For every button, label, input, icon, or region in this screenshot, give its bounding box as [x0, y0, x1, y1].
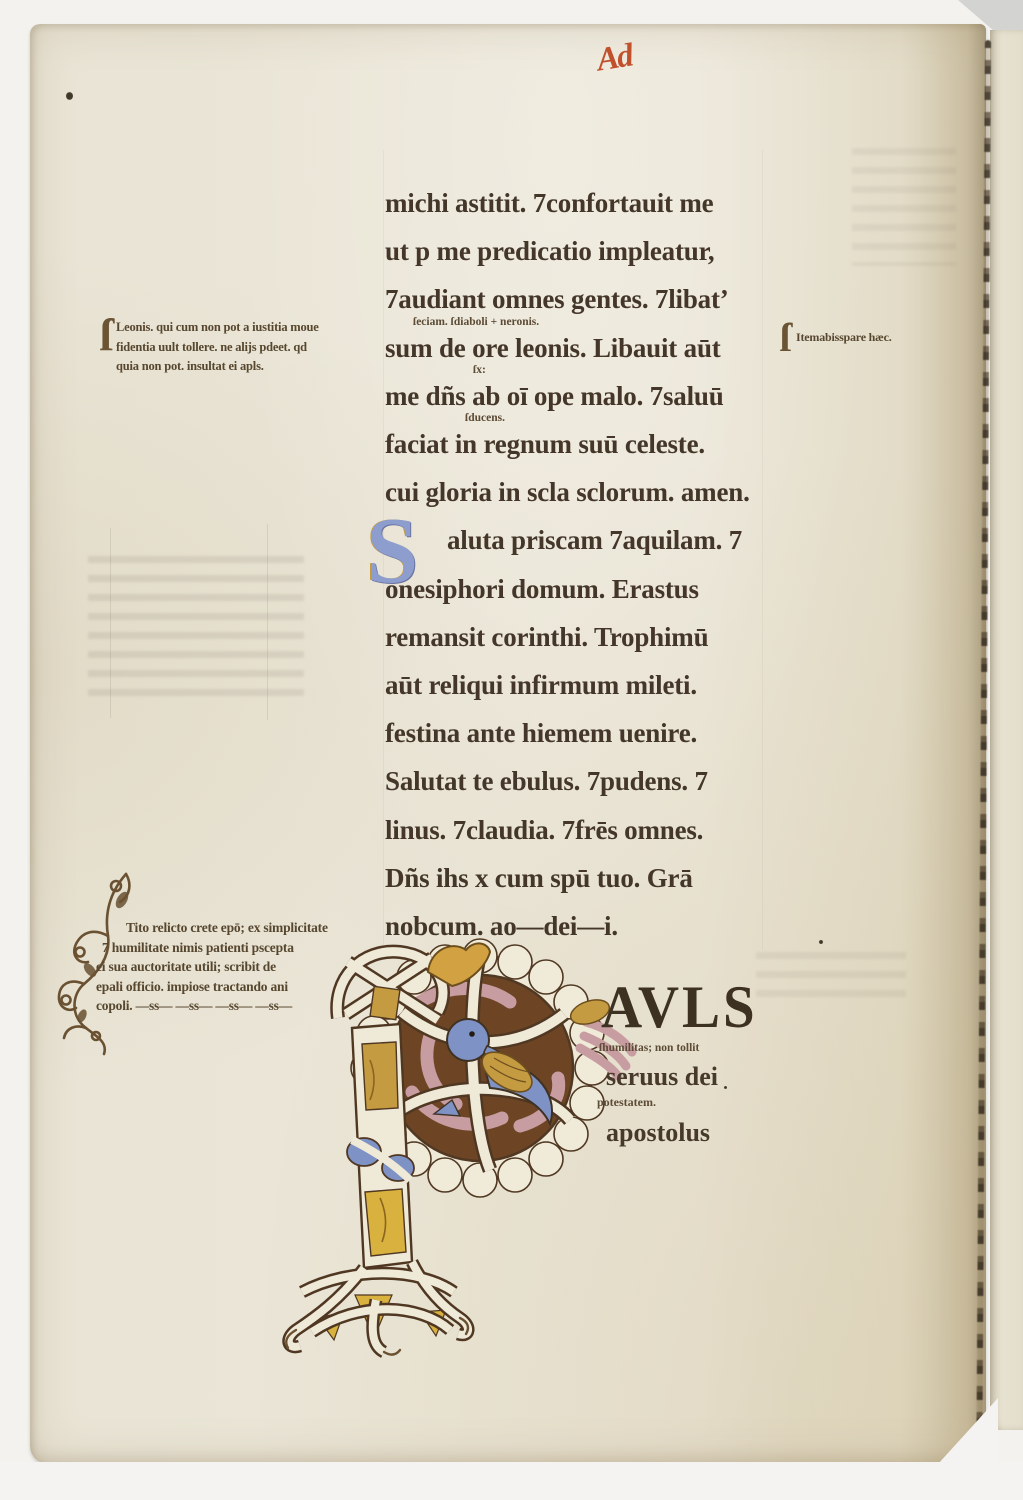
manuscript-text-line: sum de ore leonis. Libauit aūt [385, 333, 721, 364]
manuscript-text-line: linus. 7claudia. 7frēs omnes. [385, 815, 703, 846]
incipit-display-word: AVLS [601, 973, 758, 1042]
margin-note-line: Leonis. qui cum non pot a iustitia moue [116, 320, 319, 335]
interlinear-gloss: ſeciam. ſdiaboli + neronis. [413, 316, 539, 328]
show-through-text [756, 952, 906, 998]
interlinear-gloss: potestatem. [597, 1095, 656, 1110]
interlinear-gloss: ſhumilitas; non tollit [599, 1042, 699, 1054]
paraph-mark: ſ [780, 318, 791, 358]
manuscript-text-line: aūt reliqui infirmum mileti. [385, 670, 697, 701]
scan-background-bottom [0, 1462, 1023, 1500]
margin-note-line: copoli. —ss— —ss— —ss— —ss— [96, 998, 292, 1014]
manuscript-text-line: aluta priscam 7aquilam. 7 [447, 525, 742, 556]
incipit-line: apostolus [606, 1118, 710, 1148]
margin-note-line: 7 humilitate nimis patienti pscepta [102, 940, 294, 956]
ink-speck [819, 940, 823, 944]
initial-p-base [286, 1262, 468, 1355]
manuscript-text-line: me dñs ab oī ope malo. 7saluū [385, 381, 724, 412]
margin-note-line: quia non pot. insultat ei apls. [116, 359, 264, 374]
interlinear-gloss: ſducens. [465, 412, 505, 424]
manuscript-text-line: ut p me predicatio impleatur, [385, 236, 714, 267]
manuscript-text-line: michi astitit. 7confortauit me [385, 188, 713, 219]
rubric-folio-mark: Ad [594, 38, 634, 80]
manuscript-text-line: Dñs ihs x cum spū tuo. Grā [385, 863, 693, 894]
illuminated-initial-s: S [366, 504, 418, 598]
show-through-text [852, 148, 956, 266]
margin-note-right: Itemabisspare hæc. [796, 330, 892, 345]
manuscript-text-line: onesiphori domum. Erastus [385, 574, 699, 605]
manuscript-text-line: Salutat te ebulus. 7pudens. 7 [385, 766, 708, 797]
margin-note-line: ei sua auctoritate utili; scribit de [96, 959, 276, 975]
ruling-line [762, 150, 763, 950]
manuscript-text-line: cui gloria in scla sclorum. amen. [385, 477, 750, 508]
manuscript-scan: Ad michi astitit. 7confortauit meut p me… [0, 0, 1023, 1500]
wormhole-speck [66, 92, 73, 100]
ink-speck [724, 1086, 727, 1089]
margin-note-line: epali officio. impiose tractando ani [96, 979, 288, 995]
margin-note-line: Tito relicto crete epō; ex simplicitate [126, 920, 328, 936]
incipit-line: seruus dei [606, 1062, 718, 1092]
manuscript-text-line: 7audiant omnes gentes. 7libat’ [385, 284, 729, 315]
show-through-text [88, 556, 304, 704]
paraph-mark: ſ [100, 312, 113, 358]
interlinear-gloss: ſx: [473, 364, 486, 376]
margin-note-line: fidentia uult tollere. ne alijs pdeet. q… [116, 340, 307, 355]
illuminated-initial-p [270, 935, 650, 1365]
manuscript-text-line: festina ante hiemem uenire. [385, 718, 697, 749]
manuscript-text-line: remansit corinthi. Trophimū [385, 622, 708, 653]
manuscript-text-line: faciat in regnum suū celeste. [385, 429, 705, 460]
adjacent-page-edge [990, 30, 1023, 1430]
